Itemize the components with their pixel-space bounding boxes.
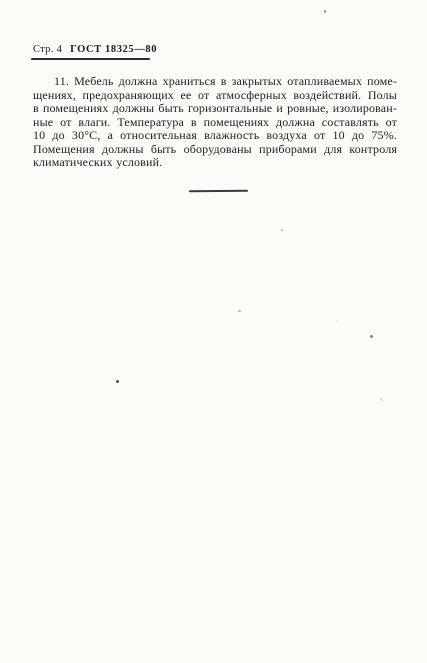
paragraph-line: 10 до 30°С, а относительная влажность во… [33, 129, 397, 143]
paragraph-line: щениях, предохраняющих ее от атмосферных… [33, 89, 397, 103]
scan-speck [281, 229, 283, 231]
paragraph-line: 11. Мебель должна храниться в закрытых о… [33, 75, 397, 89]
scan-speck [238, 310, 241, 312]
scan-speck [336, 320, 337, 321]
page-header: Стр. 4 ГОСТ 18325—80 [33, 44, 157, 56]
standard-number: ГОСТ 18325—80 [70, 44, 157, 55]
document-page: Стр. 4 ГОСТ 18325—80 11. Мебель должна х… [0, 0, 427, 663]
scan-speck [324, 10, 326, 13]
scan-speck [370, 335, 373, 338]
paragraph-line: климатических условий. [33, 156, 397, 170]
section-divider [189, 190, 248, 192]
paragraph-line: в помещениях должны быть горизонтальные … [33, 102, 397, 116]
scan-speck [116, 380, 119, 383]
scan-speck [381, 398, 382, 401]
body-paragraph: 11. Мебель должна храниться в закрытых о… [33, 75, 397, 170]
paragraph-line: Помещения должны быть оборудованы прибор… [33, 143, 397, 157]
paragraph-line: ные от влаги. Температура в помещениях д… [33, 116, 397, 130]
header-underline [31, 58, 150, 60]
page-number-label: Стр. 4 [33, 44, 62, 55]
